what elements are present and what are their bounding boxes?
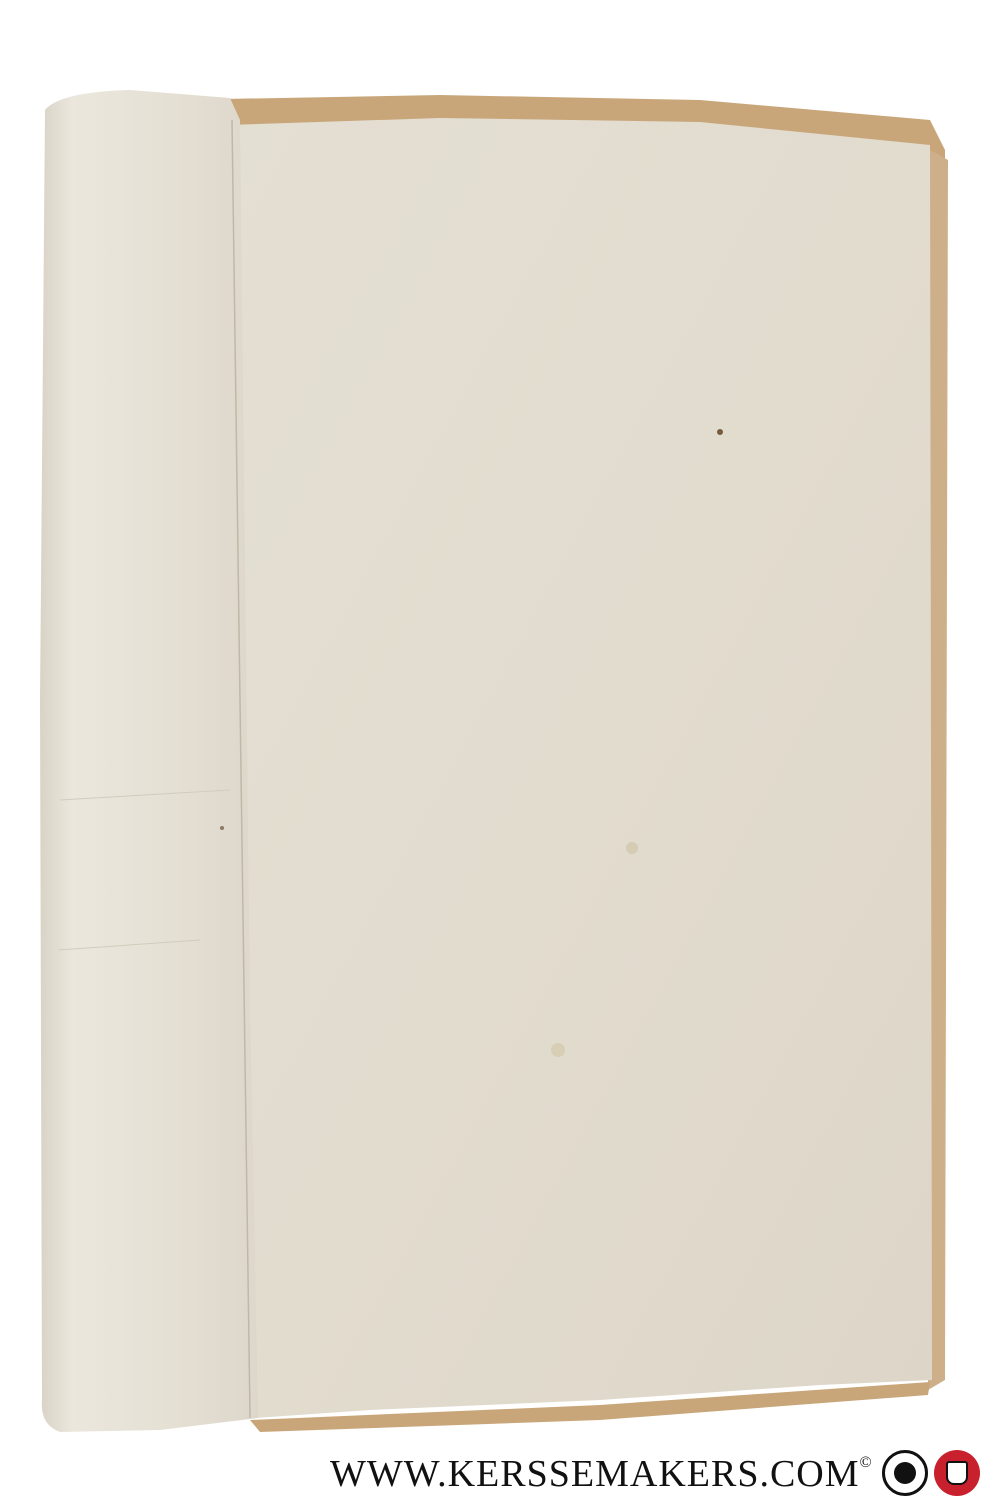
product-photo: WWW.KERSSEMAKERS.COM© [0,0,1000,1500]
watermark-url: WWW.KERSSEMAKERS.COM© [330,1452,873,1496]
watermark-text: WWW.KERSSEMAKERS.COM [330,1453,860,1495]
antiquarian-seal-icon [882,1450,928,1496]
ilab-seal-icon [934,1450,980,1496]
book-illustration [0,0,1000,1500]
copyright-icon: © [860,1454,873,1471]
